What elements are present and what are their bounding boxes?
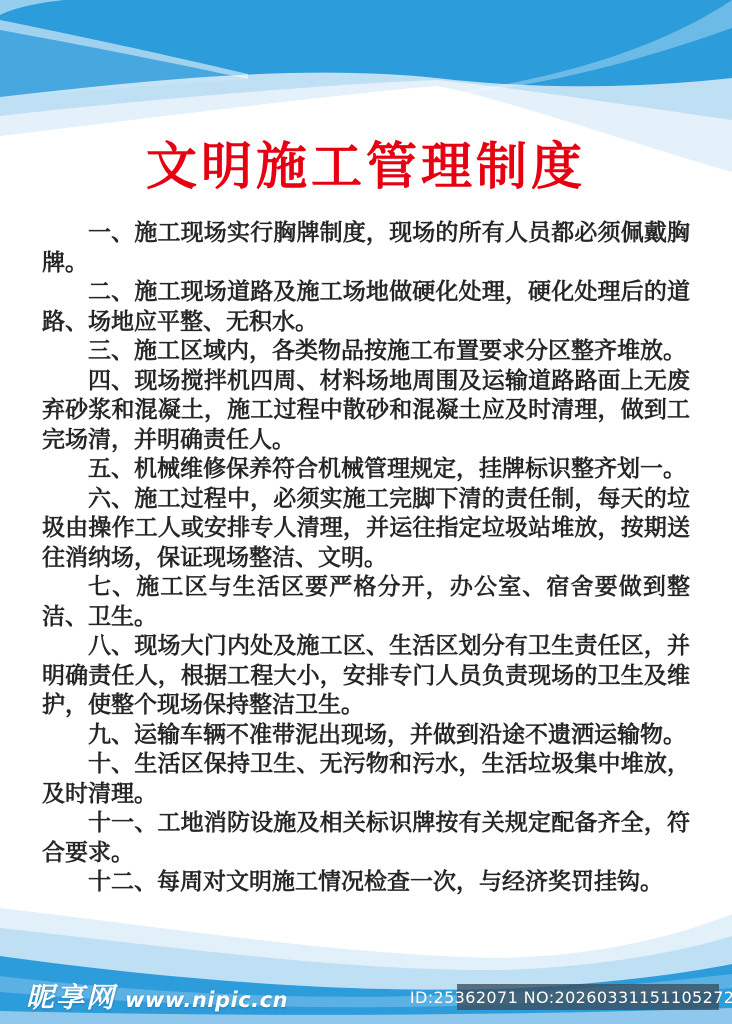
rules-list: 一、施工现场实行胸牌制度，现场的所有人员都必须佩戴胸牌。二、施工现场道路及施工场… (42, 219, 690, 898)
id-badge-text: ID:25362071 NO:20260331151105272102 (410, 988, 732, 1007)
page-title: 文明施工管理制度 (0, 136, 732, 200)
rule-paragraph: 三、施工区域内，各类物品按施工布置要求分区整齐堆放。 (42, 337, 690, 367)
watermark-logo: 昵享网 www.nipic.cn (26, 976, 288, 1016)
watermark-site-name: 昵享网 (26, 976, 116, 1016)
id-badge: ID:25362071 NO:20260331151105272102 (457, 984, 719, 1010)
rule-paragraph: 十、生活区保持卫生、无污物和污水，生活垃圾集中堆放，及时清理。 (42, 750, 690, 809)
rule-paragraph: 二、施工现场道路及施工场地做硬化处理，硬化处理后的道路、场地应平整、无积水。 (42, 278, 690, 337)
rule-paragraph: 七、施工区与生活区要严格分开，办公室、宿舍要做到整洁、卫生。 (42, 573, 690, 632)
poster-page: 文明施工管理制度 一、施工现场实行胸牌制度，现场的所有人员都必须佩戴胸牌。二、施… (0, 0, 732, 1024)
rule-paragraph: 四、现场搅拌机四周、材料场地周围及运输道路路面上无废弃砂浆和混凝土，施工过程中散… (42, 367, 690, 456)
rule-paragraph: 八、现场大门内处及施工区、生活区划分有卫生责任区，并明确责任人，根据工程大小，安… (42, 632, 690, 721)
rule-paragraph: 六、施工过程中，必须实施工完脚下清的责任制，每天的垃圾由操作工人或安排专人清理，… (42, 485, 690, 574)
watermark-site-url: www.nipic.cn (125, 988, 288, 1012)
rule-paragraph: 九、运输车辆不准带泥出现场，并做到沿途不遗洒运输物。 (42, 721, 690, 751)
rule-paragraph: 一、施工现场实行胸牌制度，现场的所有人员都必须佩戴胸牌。 (42, 219, 690, 278)
rule-paragraph: 十二、每周对文明施工情况检查一次，与经济奖罚挂钩。 (42, 868, 690, 898)
rule-paragraph: 五、机械维修保养符合机械管理规定，挂牌标识整齐划一。 (42, 455, 690, 485)
rule-paragraph: 十一、工地消防设施及相关标识牌按有关规定配备齐全，符合要求。 (42, 809, 690, 868)
